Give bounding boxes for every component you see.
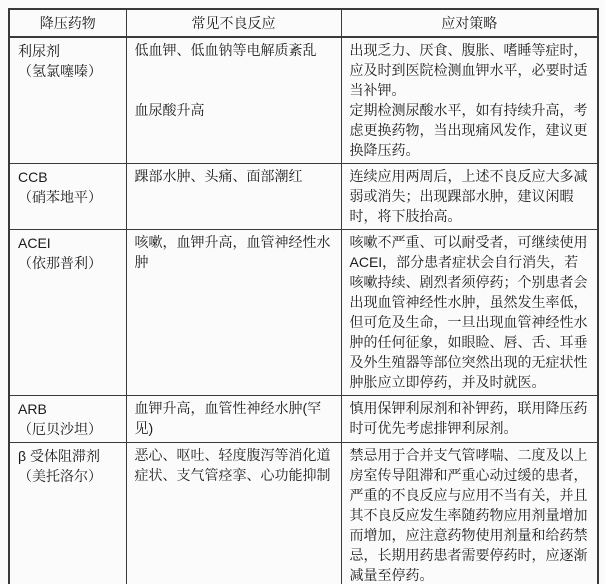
reaction-text: 低血钾、低血钠等电解质紊乱 — [135, 40, 333, 100]
strategies-cell: 咳嗽不严重、可以耐受者，可继续使用ACEI，部分患者症状会自行消失，若咳嗽持续、… — [341, 230, 598, 396]
reactions-cell: 低血钾、低血钠等电解质紊乱 血尿酸升高 — [126, 37, 341, 164]
reactions-cell: 恶心、呕吐、轻度腹泻等消化道症状、支气管痉挛、心功能抑制 — [126, 443, 341, 584]
reaction-text: 踝部水肿、头痛、面部潮红 — [135, 166, 333, 186]
reactions-cell: 踝部水肿、头痛、面部潮红 — [126, 164, 341, 230]
drug-generic-name: （氢氯噻嗪） — [18, 61, 118, 81]
drug-generic-name: （美托洛尔） — [18, 466, 118, 486]
reaction-text: 血钾升高，血管性神经水肿(罕见) — [135, 398, 333, 438]
drug-name: CCB — [18, 166, 118, 187]
column-header-strategy: 应对策略 — [341, 9, 598, 37]
strategy-text: 咳嗽不严重、可以耐受者，可继续使用ACEI，部分患者症状会自行消失，若咳嗽持续、… — [350, 232, 590, 392]
strategy-text: 定期检测尿酸水平，如有持续升高，考虑更换药物，当出现痛风发作，建议更换降压药。 — [350, 100, 590, 160]
table-header-row: 降压药物 常见不良反应 应对策略 — [9, 9, 598, 37]
reaction-text: 恶心、呕吐、轻度腹泻等消化道症状、支气管痉挛、心功能抑制 — [135, 445, 333, 485]
strategies-cell: 禁忌用于合并支气管哮喘、二度及以上房室传导阻滞和严重心动过缓的患者，严重的不良反… — [341, 443, 598, 584]
column-header-adverse-reactions: 常见不良反应 — [126, 9, 341, 37]
strategies-cell: 连续应用两周后，上述不良反应大多减弱或消失；出现踝部水肿，建议闲暇时，将下肢抬高… — [341, 164, 598, 230]
drug-cell: β 受体阻滞剂 （美托洛尔） — [9, 443, 126, 584]
table-row-arb: ARB （厄贝沙坦） 血钾升高，血管性神经水肿(罕见) 慎用保钾利尿剂和补钾药，… — [9, 396, 598, 443]
drug-generic-name: （依那普利） — [18, 253, 118, 273]
reactions-cell: 血钾升高，血管性神经水肿(罕见) — [126, 396, 341, 443]
drug-name: ACEI — [18, 232, 118, 253]
drug-cell: ACEI （依那普利） — [9, 230, 126, 396]
reaction-text: 咳嗽，血钾升高，血管神经性水肿 — [135, 232, 333, 272]
drug-name: β 受体阻滞剂 — [18, 445, 118, 466]
table-row-ccb: CCB （硝苯地平） 踝部水肿、头痛、面部潮红 连续应用两周后，上述不良反应大多… — [9, 164, 598, 230]
strategy-text: 慎用保钾利尿剂和补钾药，联用降压药时可优先考虑排钾利尿剂。 — [350, 398, 590, 438]
drug-cell: CCB （硝苯地平） — [9, 164, 126, 230]
drug-name: ARB — [18, 398, 118, 419]
strategy-text: 连续应用两周后，上述不良反应大多减弱或消失；出现踝部水肿，建议闲暇时，将下肢抬高… — [350, 166, 590, 226]
drug-name: 利尿剂 — [18, 40, 118, 61]
column-header-drug: 降压药物 — [9, 9, 126, 37]
table-row-diuretic: 利尿剂 （氢氯噻嗪） 低血钾、低血钠等电解质紊乱 血尿酸升高 出现乏力、厌食、腹… — [9, 37, 598, 164]
table-row-acei: ACEI （依那普利） 咳嗽，血钾升高，血管神经性水肿 咳嗽不严重、可以耐受者，… — [9, 230, 598, 396]
antihypertensive-adverse-reaction-table: 降压药物 常见不良反应 应对策略 利尿剂 （氢氯噻嗪） 低血钾、低血钠等电解质紊… — [8, 8, 599, 584]
strategy-text: 出现乏力、厌食、腹胀、嗜睡等症时，应及时到医院检测血钾水平，必要时适当补钾。 — [350, 40, 590, 100]
drug-generic-name: （厄贝沙坦） — [18, 419, 118, 439]
drug-cell: 利尿剂 （氢氯噻嗪） — [9, 37, 126, 164]
table-row-beta-blocker: β 受体阻滞剂 （美托洛尔） 恶心、呕吐、轻度腹泻等消化道症状、支气管痉挛、心功… — [9, 443, 598, 584]
drug-cell: ARB （厄贝沙坦） — [9, 396, 126, 443]
reaction-text: 血尿酸升高 — [135, 100, 333, 120]
document-page: 降压药物 常见不良反应 应对策略 利尿剂 （氢氯噻嗪） 低血钾、低血钠等电解质紊… — [0, 0, 605, 584]
strategies-cell: 出现乏力、厌食、腹胀、嗜睡等症时，应及时到医院检测血钾水平，必要时适当补钾。 定… — [341, 37, 598, 164]
strategies-cell: 慎用保钾利尿剂和补钾药，联用降压药时可优先考虑排钾利尿剂。 — [341, 396, 598, 443]
drug-generic-name: （硝苯地平） — [18, 187, 118, 207]
reactions-cell: 咳嗽，血钾升高，血管神经性水肿 — [126, 230, 341, 396]
strategy-text: 禁忌用于合并支气管哮喘、二度及以上房室传导阻滞和严重心动过缓的患者，严重的不良反… — [350, 445, 590, 584]
